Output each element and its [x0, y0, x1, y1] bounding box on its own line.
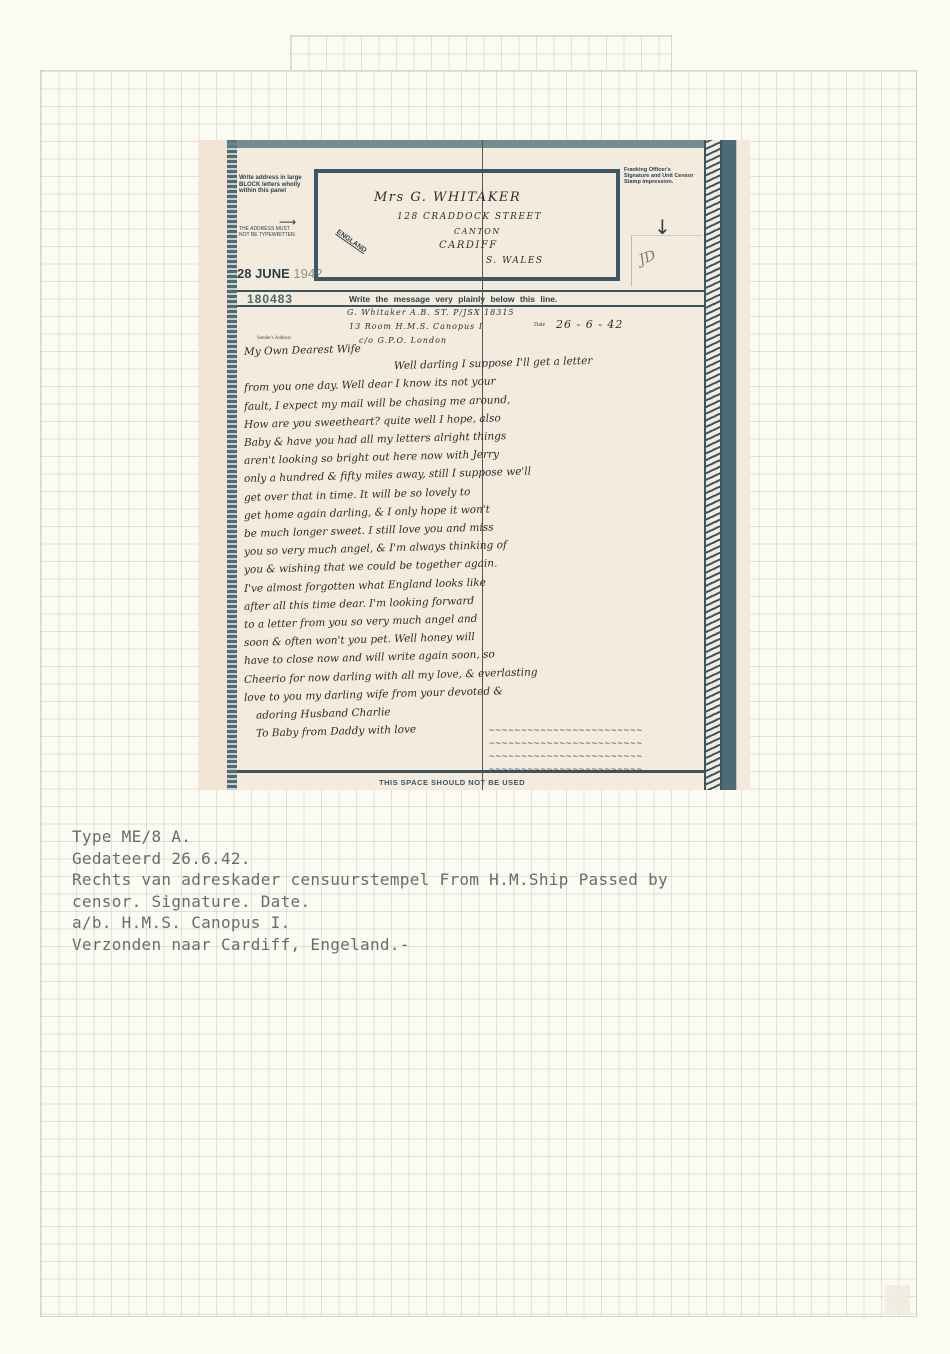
message-instruction: Write the message very plainly below thi… — [349, 294, 557, 304]
sender-line-2: 13 Room H.M.S. Canopus I — [349, 322, 483, 331]
address-instruction: Write address in large BLOCK letters who… — [239, 175, 304, 195]
frame-border-top — [227, 140, 717, 148]
caption-line: Verzonden naar Cardiff, Engeland.- — [72, 934, 668, 956]
address-panel — [314, 169, 620, 281]
serial-number: 180483 — [247, 292, 293, 306]
caption-line: Gedateerd 26.6.42. — [72, 848, 668, 870]
letter-date: 26 - 6 - 42 — [556, 318, 623, 331]
caption-line: Rechts van adreskader censuurstempel Fro… — [72, 869, 668, 891]
paper-edge-left — [199, 140, 227, 790]
censor-instruction: Franking Officer's Signature and Unit Ce… — [624, 167, 694, 185]
space-not-used-note: THIS SPACE SHOULD NOT BE USED — [379, 778, 525, 787]
postmark-day: 28 JUNE — [237, 266, 290, 281]
caption-line: a/b. H.M.S. Canopus I. — [72, 912, 668, 934]
postmark-date: 28 JUNE 1942 — [237, 266, 322, 281]
caption-line: Type ME/8 A. — [72, 826, 668, 848]
album-grid-top — [290, 35, 672, 73]
sender-address-label: Sender's Address — [257, 336, 291, 341]
addressee-region: S. WALES — [486, 256, 544, 266]
caption-line: censor. Signature. Date. — [72, 891, 668, 913]
paper-edge-right — [736, 140, 750, 790]
rule-message — [237, 305, 704, 307]
addressee-city: CARDIFF — [439, 240, 498, 251]
addressee-street: 128 CRADDOCK STREET — [397, 212, 542, 222]
album-caption: Type ME/8 A.Gedateerd 26.6.42.Rechts van… — [72, 826, 668, 956]
sender-line-1: G. Whitaker A.B. ST. P/JSX 18315 — [347, 308, 515, 317]
letter-body: My Own Dearest Wife Well darling I suppo… — [244, 343, 704, 743]
date-label: Date — [534, 322, 545, 328]
frame-border-left — [227, 140, 237, 790]
typewritten-warning: THE ADDRESS MUST NOT BE TYPEWRITTEN. — [239, 227, 299, 238]
censored-area: ~~~~~~~~~~~~~~~~~~~~~~~~~~~~~~~~~~~~~~~~… — [489, 725, 699, 777]
addressee-district: CANTON — [454, 227, 501, 236]
frame-bar-right — [722, 140, 736, 790]
rule-top — [237, 290, 704, 292]
airgraph-letter: Write address in large BLOCK letters who… — [199, 140, 750, 790]
hinge-mark — [885, 1285, 910, 1313]
frame-hatch-right — [704, 140, 722, 790]
addressee-name: Mrs G. WHITAKER — [374, 190, 521, 205]
